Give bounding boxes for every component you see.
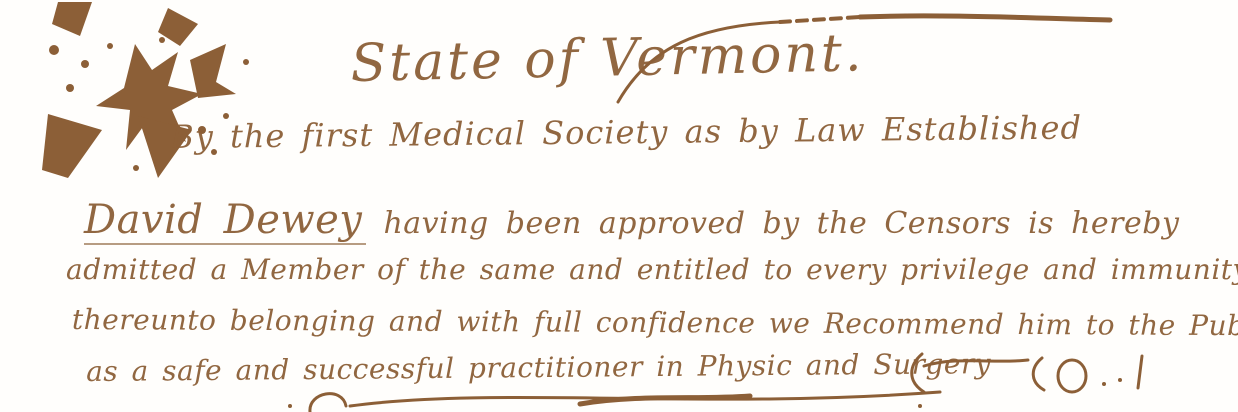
document-subtitle: By the first Medical Society as by Law E…: [170, 108, 1082, 156]
document-title: State of Vermont.: [350, 23, 865, 94]
certificate-document: State of Vermont. By the first Medical S…: [0, 0, 1238, 412]
pen-flourish-bottom-icon: [280, 384, 960, 412]
body-line-2: admitted a Member of the same and entitl…: [66, 256, 1238, 284]
body-line-4: as a safe and successful practitioner in…: [86, 350, 991, 386]
recipient-name: David Dewey: [84, 197, 366, 245]
body-line-3: thereunto belonging and with full confid…: [72, 306, 1238, 340]
body-line-1: David Dewey having been approved by the …: [84, 200, 1179, 240]
body-line-1-text: having been approved by the Censors is h…: [383, 206, 1179, 241]
